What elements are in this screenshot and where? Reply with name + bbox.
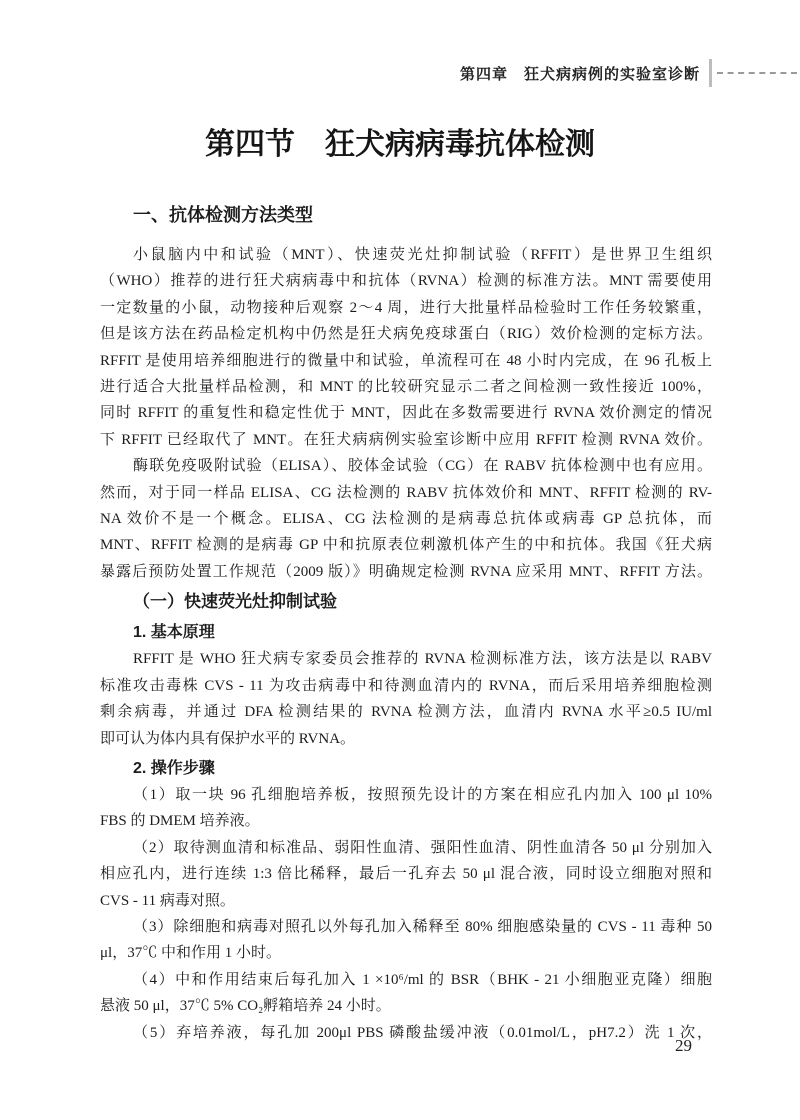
paragraph: （3）除细胞和病毒对照孔以外每孔加入稀释至 80% 细胞感染量的 CVS - 1… (100, 914, 712, 967)
body-line: 标准攻击毒株 CVS - 11 为攻击病毒中和待测血清内的 RVNA，而后采用培… (100, 673, 712, 699)
body-line: 剩余病毒，并通过 DFA 检测结果的 RVNA 检测方法，血清内 RVNA 水平… (100, 699, 712, 725)
body-line: 一定数量的小鼠，动物接种后观察 2～4 周，进行大批量样品检验时工作任务较繁重， (100, 295, 712, 321)
body-line: 进行适合大批量样品检测，和 MNT 的比较研究显示二者之间检测一致性接近 100… (100, 374, 712, 400)
body-line: RFFIT 是使用培养细胞进行的微量中和试验，单流程可在 48 小时内完成，在 … (100, 348, 712, 374)
body-line: 相应孔内，进行连续 1:3 倍比稀释，最后一孔弃去 50 μl 混合液，同时设立… (100, 861, 712, 887)
chapter-title: 第四章 狂犬病病例的实验室诊断 (460, 63, 700, 84)
body-line: 酶联免疫吸附试验（ELISA）、胶体金试验（CG）在 RABV 抗体检测中也有应… (100, 453, 712, 479)
paragraph: （5）弃培养液，每孔加 200μl PBS 磷酸盐缓冲液（0.01mol/L，p… (100, 1020, 712, 1046)
body-line: （5）弃培养液，每孔加 200μl PBS 磷酸盐缓冲液（0.01mol/L，p… (100, 1020, 712, 1046)
body-line: （3）除细胞和病毒对照孔以外每孔加入稀释至 80% 细胞感染量的 CVS - 1… (100, 914, 712, 940)
page-number: 29 (675, 1036, 692, 1056)
paragraph: RFFIT 是 WHO 狂犬病专家委员会推荐的 RVNA 检测标准方法，该方法是… (100, 646, 712, 752)
body-line: 暴露后预防处置工作规范（2009 版）》明确规定检测 RVNA 应采用 MNT、… (100, 559, 712, 585)
body-line: 然而，对于同一样品 ELISA、CG 法检测的 RABV 抗体效价和 MNT、R… (100, 480, 712, 506)
minor-heading: 2. 操作步骤 (133, 756, 712, 782)
section-title: 第四节 狂犬病病毒抗体检测 (0, 126, 800, 164)
body-line: （4）中和作用结束后每孔加入 1 ×10⁶/ml 的 BSR（BHK - 21 … (100, 967, 712, 993)
paragraph: （1）取一块 96 孔细胞培养板，按照预先设计的方案在相应孔内加入 100 μl… (100, 782, 712, 835)
body-line: 小鼠脑内中和试验（MNT）、快速荧光灶抑制试验（RFFIT）是世界卫生组织 (100, 242, 712, 268)
minor-heading: 1. 基本原理 (133, 620, 712, 646)
body-line: 悬液 50 μl，37℃ 5% CO₂孵箱培养 24 小时。 (100, 993, 712, 1019)
sub-heading: （一）快速荧光灶抑制试验 (133, 588, 712, 616)
body-line: （WHO）推荐的进行狂犬病病毒中和抗体（RVNA）检测的标准方法。MNT 需要使… (100, 268, 712, 294)
paragraph: （2）取待测血清和标准品、弱阳性血清、强阳性血清、阴性血清各 50 μl 分别加… (100, 835, 712, 914)
paragraph: （4）中和作用结束后每孔加入 1 ×10⁶/ml 的 BSR（BHK - 21 … (100, 967, 712, 1020)
header-divider-bar (709, 59, 712, 87)
body-line: FBS 的 DMEM 培养液。 (100, 808, 712, 834)
body-line: NA 效价不是一个概念。ELISA、CG 法检测的是病毒总抗体或病毒 GP 总抗… (100, 506, 712, 532)
body-line: （1）取一块 96 孔细胞培养板，按照预先设计的方案在相应孔内加入 100 μl… (100, 782, 712, 808)
running-header: 第四章 狂犬病病例的实验室诊断 (0, 58, 800, 88)
body-line: （2）取待测血清和标准品、弱阳性血清、强阳性血清、阴性血清各 50 μl 分别加… (100, 835, 712, 861)
body-line: 即可认为体内具有保护水平的 RVNA。 (100, 726, 712, 752)
body-line: 同时 RFFIT 的重复性和稳定性优于 MNT，因此在多数需要进行 RVNA 效… (100, 400, 712, 426)
paragraph: 酶联免疫吸附试验（ELISA）、胶体金试验（CG）在 RABV 抗体检测中也有应… (100, 453, 712, 585)
section-heading: 一、抗体检测方法类型 (133, 202, 712, 228)
body-line: CVS - 11 病毒对照。 (100, 888, 712, 914)
body-content: 一、抗体检测方法类型小鼠脑内中和试验（MNT）、快速荧光灶抑制试验（RFFIT）… (100, 202, 712, 1046)
body-line: μl，37℃ 中和作用 1 小时。 (100, 940, 712, 966)
header-dashed-line (717, 72, 797, 74)
book-page: 第四章 狂犬病病例的实验室诊断 第四节 狂犬病病毒抗体检测 一、抗体检测方法类型… (0, 0, 800, 1120)
paragraph: 小鼠脑内中和试验（MNT）、快速荧光灶抑制试验（RFFIT）是世界卫生组织（WH… (100, 242, 712, 453)
body-line: 下 RFFIT 已经取代了 MNT。在狂犬病病例实验室诊断中应用 RFFIT 检… (100, 427, 712, 453)
body-line: 但是该方法在药品检定机构中仍然是狂犬病免疫球蛋白（RIG）效价检测的定标方法。 (100, 321, 712, 347)
body-line: MNT、RFFIT 检测的是病毒 GP 中和抗原表位刺激机体产生的中和抗体。我国… (100, 532, 712, 558)
body-line: RFFIT 是 WHO 狂犬病专家委员会推荐的 RVNA 检测标准方法，该方法是… (100, 646, 712, 672)
